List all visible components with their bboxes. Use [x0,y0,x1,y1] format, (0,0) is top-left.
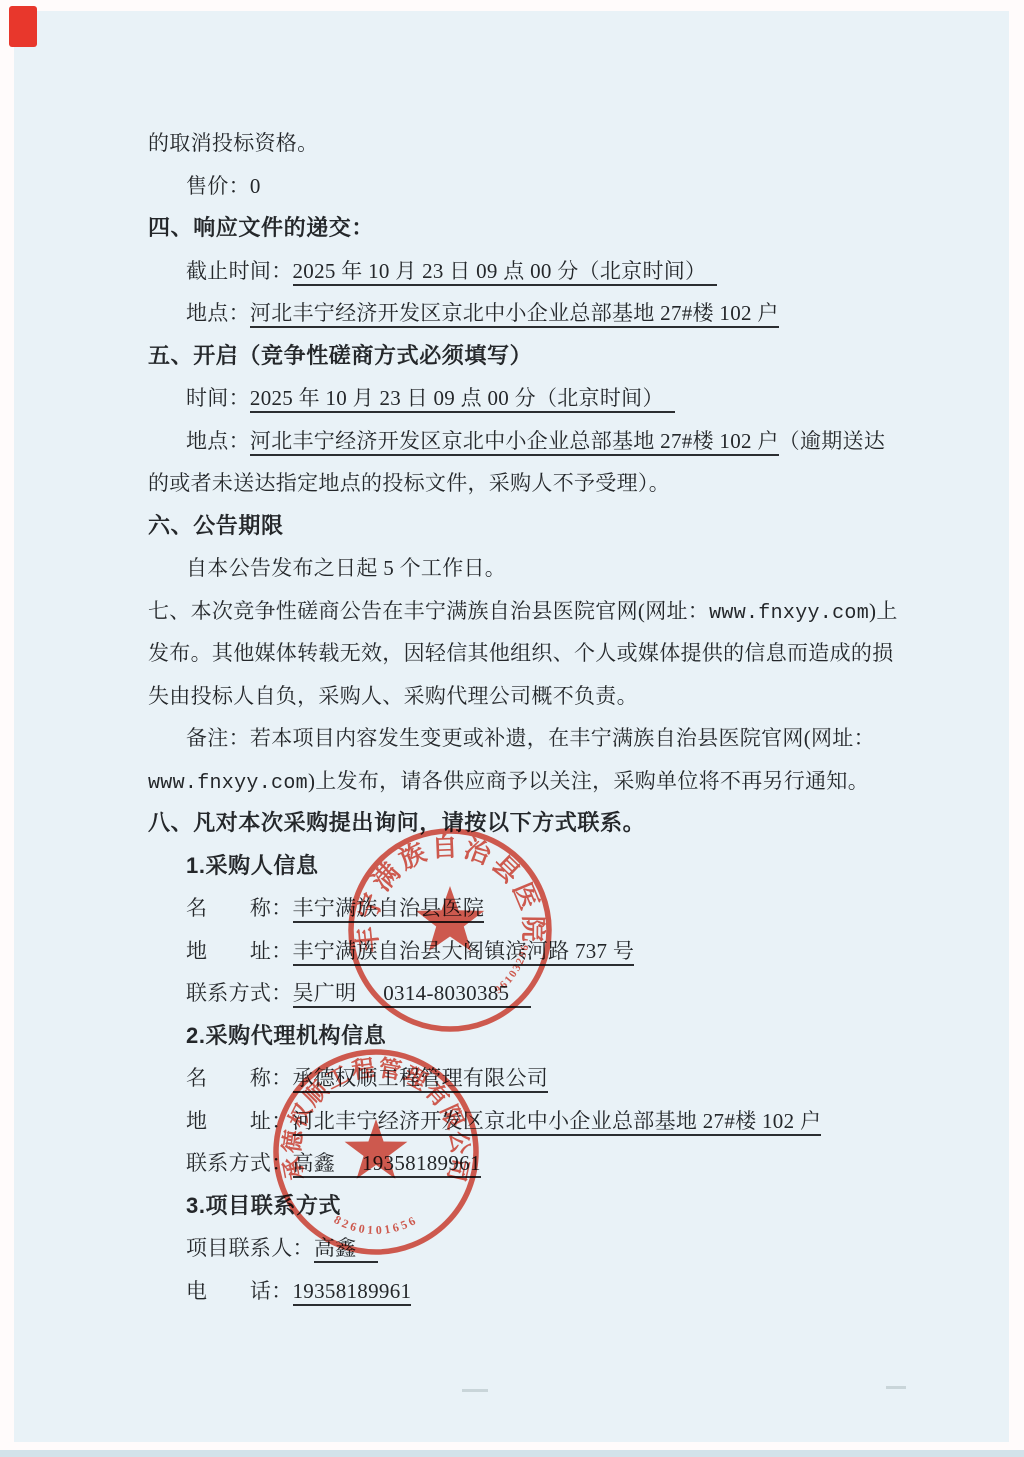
doc-line-22: 2.采购代理机构信息 [148,1015,948,1058]
text-run: 地 址： [186,1109,293,1133]
text-run: 的取消投标资格。 [148,131,318,155]
text-run: 备注：若本项目内容发生变更或补遗，在丰宁满族自治县医院官网(网址： [186,726,875,750]
page-bottom-edge [0,1450,1024,1457]
text-run: 发布。其他媒体转载无效，因轻信其他组织、个人或媒体提供的信息而造成的损 [148,641,894,665]
text-run: 名 称： [186,896,293,920]
text-run: 售价：0 [186,174,261,198]
doc-line-8: 地点：河北丰宁经济开发区京北中小企业总部基地 27#楼 102 户（逾期送达 [148,420,948,463]
text-run: 截止时间： [186,259,293,283]
underlined-value: 2025 年 10 月 23 日 09 点 00 分（北京时间） [250,386,675,413]
underlined-value: 承德权顺工程管理有限公司 [293,1066,549,1093]
text-run: 3.项目联系方式 [186,1193,341,1218]
text-run: 联系方式： [186,1151,293,1175]
doc-line-2: 售价：0 [148,165,948,208]
underlined-value: 19358189961 [293,1279,412,1306]
doc-lines: 的取消投标资格。售价：0四、响应文件的递交：截止时间：2025 年 10 月 2… [148,122,948,1312]
doc-line-28: 电 话：19358189961 [148,1270,948,1313]
text-run: 四、响应文件的递交： [148,215,374,240]
doc-line-15: 备注：若本项目内容发生变更或补遗，在丰宁满族自治县医院官网(网址： [148,717,948,760]
text-run: www.fnxyy.com [148,772,308,795]
text-run: 七、本次竞争性磋商公告在丰宁满族自治县医院官网(网址： [148,599,709,623]
corner-red-mark [9,6,37,47]
doc-line-21: 联系方式：吴广明 0314-8030385 [148,972,948,1015]
doc-line-13: 发布。其他媒体转载无效，因轻信其他组织、个人或媒体提供的信息而造成的损 [148,632,948,675]
doc-line-25: 联系方式：高鑫 19358189961 [148,1142,948,1185]
text-run: 1.采购人信息 [186,853,319,878]
underlined-value: 丰宁满族自治县大阁镇滨河路 737 号 [293,939,635,966]
text-run: 项目联系人： [186,1236,314,1260]
doc-line-16: www.fnxyy.com)上发布，请各供应商予以关注，采购单位将不再另行通知。 [148,760,948,803]
underlined-value: 高鑫 [314,1236,378,1263]
text-run: )上 [869,599,898,623]
text-run: www.fnxyy.com [709,602,869,625]
doc-line-5: 地点：河北丰宁经济开发区京北中小企业总部基地 27#楼 102 户 [148,292,948,335]
text-run: 2.采购代理机构信息 [186,1023,386,1048]
doc-line-20: 地 址：丰宁满族自治县大阁镇滨河路 737 号 [148,930,948,973]
underlined-value: 2025 年 10 月 23 日 09 点 00 分（北京时间） [293,259,718,286]
doc-line-6: 五、开启（竞争性磋商方式必须填写） [148,335,948,378]
doc-line-10: 六、公告期限 [148,505,948,548]
doc-line-26: 3.项目联系方式 [148,1185,948,1228]
text-run: 自本公告发布之日起 5 个工作日。 [186,556,506,580]
text-run: 地点： [186,301,250,325]
doc-line-14: 失由投标人自负，采购人、采购代理公司概不负责。 [148,675,948,718]
text-run: 地 址： [186,939,293,963]
doc-line-23: 名 称：承德权顺工程管理有限公司 [148,1057,948,1100]
text-run: )上发布，请各供应商予以关注，采购单位将不再另行通知。 [308,769,869,793]
doc-line-11: 自本公告发布之日起 5 个工作日。 [148,547,948,590]
underlined-value: 丰宁满族自治县医院 [293,896,485,923]
text-run: 八、凡对本次采购提出询问，请按以下方式联系。 [148,810,645,835]
text-run: 地点： [186,429,250,453]
doc-line-4: 截止时间：2025 年 10 月 23 日 09 点 00 分（北京时间） [148,250,948,293]
text-run: 联系方式： [186,981,293,1005]
doc-line-17: 八、凡对本次采购提出询问，请按以下方式联系。 [148,802,948,845]
underlined-value: 河北丰宁经济开发区京北中小企业总部基地 27#楼 102 户 [250,429,779,456]
doc-line-9: 的或者未送达指定地点的投标文件，采购人不予受理）。 [148,462,948,505]
text-run: 名 称： [186,1066,293,1090]
underlined-value: 吴广明 0314-8030385 [293,981,531,1008]
underlined-value: 河北丰宁经济开发区京北中小企业总部基地 27#楼 102 户 [293,1109,822,1136]
doc-line-1: 的取消投标资格。 [148,122,948,165]
doc-line-18: 1.采购人信息 [148,845,948,888]
doc-line-12: 七、本次竞争性磋商公告在丰宁满族自治县医院官网(网址：www.fnxyy.com… [148,590,948,633]
doc-line-3: 四、响应文件的递交： [148,207,948,250]
text-run: 五、开启（竞争性磋商方式必须填写） [148,343,532,368]
scan-artifact-dash [886,1386,906,1389]
doc-line-27: 项目联系人：高鑫 [148,1227,948,1270]
text-run: （逾期送达 [779,429,886,453]
underlined-value: 高鑫 19358189961 [293,1151,481,1178]
doc-line-19: 名 称：丰宁满族自治县医院 [148,887,948,930]
scan-artifact-dash [462,1389,488,1392]
underlined-value: 河北丰宁经济开发区京北中小企业总部基地 27#楼 102 户 [250,301,779,328]
text-run: 六、公告期限 [148,513,284,538]
text-run: 失由投标人自负，采购人、采购代理公司概不负责。 [148,684,638,708]
doc-line-7: 时间：2025 年 10 月 23 日 09 点 00 分（北京时间） [148,377,948,420]
doc-line-24: 地 址：河北丰宁经济开发区京北中小企业总部基地 27#楼 102 户 [148,1100,948,1143]
text-run: 的或者未送达指定地点的投标文件，采购人不予受理）。 [148,471,670,495]
text-run: 电 话： [186,1279,293,1303]
text-run: 时间： [186,386,250,410]
